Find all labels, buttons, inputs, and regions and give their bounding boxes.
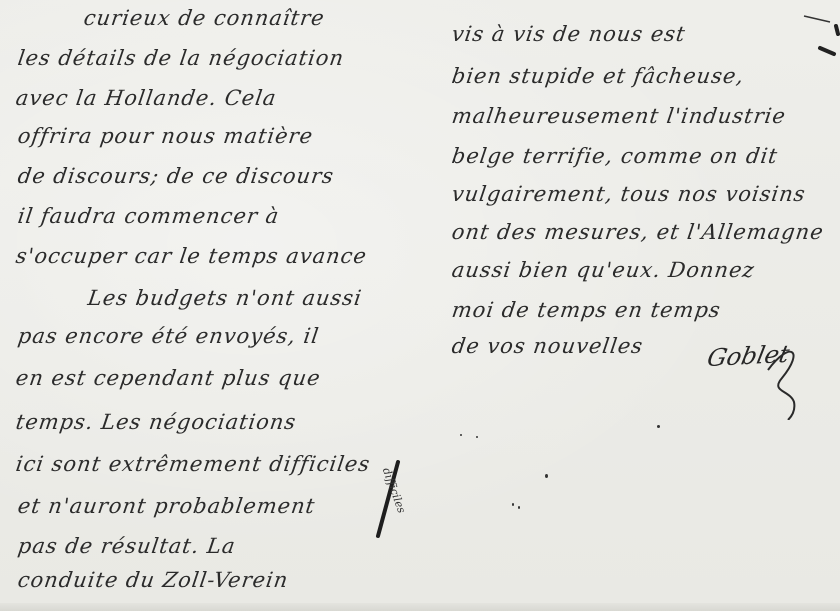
text-line: avec la Hollande. Cela xyxy=(14,86,278,110)
text-line: ont des mesures, et l'Allemagne xyxy=(450,220,825,244)
text-line: offrira pour nous matière xyxy=(16,124,315,148)
text-line: Les budgets n'ont aussi xyxy=(86,286,363,310)
text-line: vis à vis de nous est xyxy=(450,22,687,46)
letter-page: curieux de connaître les détails de la n… xyxy=(0,0,840,611)
text-line: vulgairement, tous nos voisins xyxy=(450,182,807,206)
ink-speck xyxy=(476,436,478,438)
text-line: curieux de connaître xyxy=(82,6,326,30)
text-line: de discours; de ce discours xyxy=(16,164,335,188)
text-line: bien stupide et fâcheuse, xyxy=(450,64,746,88)
text-line: pas encore été envoyés, il xyxy=(16,324,321,348)
corner-ink-marks-icon xyxy=(800,8,840,68)
text-line: pas de résultat. La xyxy=(16,534,237,558)
text-line: ici sont extrêmement difficiles xyxy=(14,452,372,476)
ink-speck xyxy=(460,434,462,436)
text-line: conduite du Zoll-Verein xyxy=(16,568,290,592)
text-line: aussi bien qu'eux. Donnez xyxy=(450,258,756,282)
signature-flourish-icon xyxy=(760,340,810,420)
ink-speck xyxy=(545,474,548,478)
text-line: malheureusement l'industrie xyxy=(450,104,787,128)
text-line: s'occuper car le temps avance xyxy=(14,244,368,268)
text-line: moi de temps en temps xyxy=(450,298,722,322)
text-line: de vos nouvelles xyxy=(450,334,645,358)
text-line: il faudra commencer à xyxy=(16,204,281,228)
text-line: et n'auront probablement xyxy=(16,494,317,518)
ink-speck xyxy=(518,506,520,509)
ink-speck xyxy=(512,503,514,506)
ink-speck xyxy=(657,425,660,428)
text-line: belge terrifie, comme on dit xyxy=(450,144,779,168)
text-line: en est cependant plus que xyxy=(14,366,322,390)
page-bottom-edge xyxy=(0,603,840,611)
text-line: les détails de la négociation xyxy=(16,46,346,70)
text-line: temps. Les négociations xyxy=(14,410,298,434)
